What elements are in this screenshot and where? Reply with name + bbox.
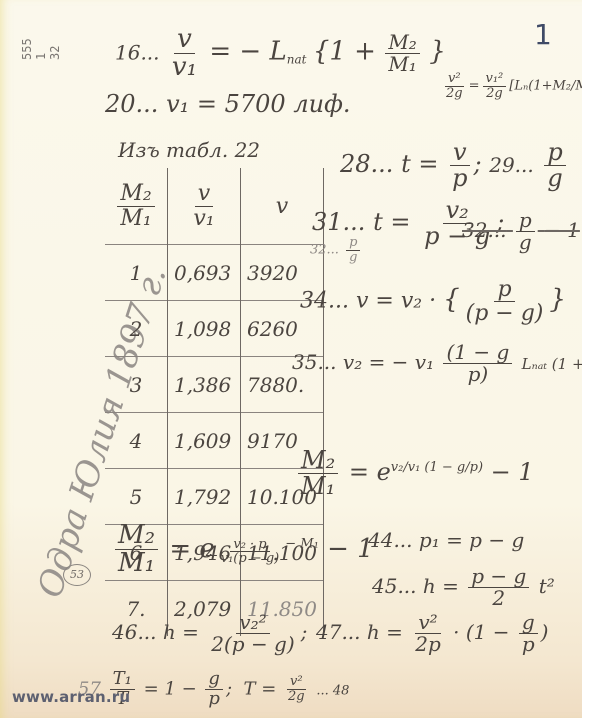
archive-mark: 32: [48, 10, 62, 60]
cell-velocity-ratio: 1,386: [168, 357, 241, 413]
archive-mark: 1: [34, 10, 48, 60]
numerator: M₂: [298, 448, 338, 474]
fraction: vp: [449, 140, 470, 191]
denominator: 2g: [483, 87, 506, 101]
separator: ;: [301, 620, 308, 644]
archive-marks: 555 1 32: [20, 10, 70, 60]
equation-lhs: h =: [367, 620, 403, 644]
equation-35: 35... v₂ = − v₁ (1 − gp) Lₙₐₜ (1 + M₂M₁): [292, 342, 582, 385]
subscript: nat: [287, 52, 307, 66]
equation-45: 45... h = p − g2 t²: [372, 566, 555, 609]
column-header-velocity-ratio: vv₁: [168, 168, 241, 245]
denominator: p: [519, 634, 538, 655]
equation-rhs: = e: [169, 534, 214, 564]
equation-label: 32...: [310, 243, 339, 258]
numerator: p − g: [468, 566, 529, 588]
table-row: 10,6933920: [105, 245, 323, 301]
denominator: M₁: [115, 550, 158, 577]
equation-tail: Lₙₐₜ (1 +: [522, 355, 582, 373]
equation-32: 32... pg − 1: [462, 210, 580, 253]
equation-lhs: v₂ = − v₁: [343, 350, 434, 374]
equation-tail: t²: [539, 574, 555, 598]
fraction: v₂²2(p − g): [208, 612, 297, 655]
denominator: g: [346, 251, 360, 265]
fraction: M₂M₁: [385, 32, 420, 75]
separator: ;: [226, 678, 232, 699]
numerator: v₂²: [236, 612, 269, 634]
equation-label: 16...: [115, 40, 160, 64]
cell-mass-ratio: 5: [105, 469, 168, 525]
equation-rhs: = e: [349, 458, 391, 486]
equation-label: 35...: [292, 350, 337, 374]
bracket-open: {1 +: [313, 36, 376, 66]
equation-lhs: h =: [423, 574, 459, 598]
equation-label: 45...: [372, 574, 417, 598]
cell-mass-ratio: 3: [105, 357, 168, 413]
archive-mark: 555: [20, 10, 34, 60]
table-row: 21,0986260: [105, 301, 323, 357]
denominator: 2g: [443, 87, 466, 101]
equation-20: 20... v₁ = 5700 лиф.: [105, 90, 350, 118]
fraction: v₁²2g: [483, 72, 507, 100]
fraction: pg: [346, 236, 360, 264]
table-caption: Изъ табл. 22: [118, 138, 260, 162]
equation-text: p₁ = p − g: [419, 528, 524, 552]
denominator: 2p: [412, 634, 444, 655]
numerator: v₁²: [483, 72, 507, 87]
equation-lhs: v = v₂ ·: [356, 289, 436, 314]
table-header-row: M₂M₁ vv₁ v: [105, 168, 323, 245]
equation-label: 44...: [368, 528, 413, 552]
denominator: (p − g): [463, 302, 547, 325]
numerator: (1 − g: [443, 342, 512, 364]
numerator: v₂ · p: [230, 538, 269, 553]
equation-16: 16... vv₁ = − Lnat {1 + M₂M₁ }: [115, 26, 446, 82]
denominator: p): [465, 364, 492, 385]
exponent: v₂/v₁ (1 − g/p): [391, 460, 483, 475]
equation-46: 46... h = v₂²2(p − g);: [112, 612, 307, 655]
equation-34: 34... v = v₂ · {p(p − g)}: [300, 278, 566, 325]
denominator: 2g: [285, 690, 308, 704]
fraction: pg: [516, 210, 535, 253]
numerator: p: [544, 140, 565, 166]
fraction: p(p − g): [463, 278, 547, 325]
exponent-tail: − M₁: [285, 537, 319, 552]
numerator: v: [174, 26, 195, 54]
fraction: M₂M₁: [298, 448, 338, 499]
cell-mass-ratio: 2: [105, 301, 168, 357]
equation-rhs: = − L: [209, 36, 286, 66]
equation-lhs: t =: [373, 208, 410, 236]
equation-lhs: h =: [163, 620, 199, 644]
equation-label: 20...: [105, 90, 158, 118]
equation-rhs: [Lₙ(1+M₂/M₁)]²: [509, 79, 582, 94]
cell-velocity-ratio: 1,792: [168, 469, 241, 525]
numerator: g: [205, 670, 223, 690]
denominator: v₁: [169, 54, 200, 81]
equation-lhs: T =: [243, 678, 276, 699]
numerator: v²: [415, 612, 440, 634]
denominator: v₁(p − g): [218, 552, 283, 566]
fraction: vv₁: [169, 26, 200, 82]
fraction: v²2p: [412, 612, 444, 655]
equals: =: [469, 79, 480, 94]
watermark: www.arran.ru: [12, 688, 130, 706]
column-header-mass-ratio: M₂M₁: [105, 168, 168, 245]
numerator: p: [494, 278, 514, 302]
equation-energy: v²2g=v₁²2g[Lₙ(1+M₂/M₁)]²: [440, 72, 582, 100]
denominator: M₁: [385, 54, 420, 75]
table-row: 51,79210.100: [105, 469, 323, 525]
manuscript-page: 1 555 1 32 Одра Юлия 1897 г. 16... vv₁ =…: [0, 0, 582, 718]
cell-mass-ratio: 1: [105, 245, 168, 301]
equation-tail: · (1 −: [453, 620, 509, 644]
equation-32-small: 32... pg: [310, 236, 363, 264]
equation-47: 47... h = v²2p · (1 − gp): [316, 612, 548, 655]
equation-lhs: t =: [401, 150, 438, 178]
equation-tail: − 1: [491, 458, 534, 486]
denominator: g: [544, 166, 565, 191]
numerator: T₁: [110, 670, 135, 690]
fraction: pg: [544, 140, 565, 191]
fraction: v²2g: [285, 675, 308, 703]
fraction: gp: [205, 670, 223, 709]
equation-28: 28... t = vp; 29... pg: [340, 140, 569, 191]
denominator: p: [205, 690, 223, 709]
table-row: 31,3867880.: [105, 357, 323, 413]
fraction: M₂M₁: [115, 522, 158, 578]
numerator: p: [346, 236, 360, 251]
numerator: v: [450, 140, 470, 166]
cell-velocity-ratio: 1,609: [168, 413, 241, 469]
equation-tail: − 1: [327, 534, 374, 564]
equation-label: 32...: [462, 218, 507, 242]
equation-44: 44... p₁ = p − g: [368, 528, 524, 552]
equation-label: 31...: [312, 208, 365, 236]
cell-mass-ratio: 4: [105, 413, 168, 469]
equals: = 1 −: [144, 678, 197, 699]
equation-mass-ratio: M₂M₁ = ev₂/v₁ (1 − g/p) − 1: [295, 448, 534, 499]
fraction: gp: [519, 612, 538, 655]
equation-label: 46...: [112, 620, 157, 644]
numerator: M₂: [115, 522, 158, 550]
numerator: v²: [445, 72, 464, 87]
fraction: (1 − gp): [443, 342, 512, 385]
denominator: v₁: [190, 207, 217, 230]
circled-label: 53: [63, 564, 91, 586]
cell-velocity-ratio: 0,693: [168, 245, 241, 301]
numerator: M₂: [117, 182, 154, 206]
denominator: p: [449, 166, 470, 191]
bracket-close: }: [429, 36, 446, 66]
page-number: 1: [534, 18, 552, 51]
table-row: 41,6099170: [105, 413, 323, 469]
numerator: M₂: [385, 32, 420, 54]
denominator: 2(p − g): [208, 634, 297, 655]
equation-label: 29...: [489, 153, 534, 177]
numerator: p: [516, 210, 535, 232]
fraction: p − g2: [468, 566, 529, 609]
cell-velocity-ratio: 1,098: [168, 301, 241, 357]
separator: ;: [473, 150, 481, 178]
bracket-close: ): [541, 620, 549, 644]
equation-text: v₁ = 5700 лиф.: [166, 90, 350, 118]
equation-label: 28...: [340, 150, 393, 178]
denominator: M₁: [117, 207, 154, 230]
numerator: v: [195, 182, 213, 206]
equation-label: 34...: [300, 289, 349, 314]
fraction: v²2g: [443, 72, 466, 100]
denominator: 2: [489, 588, 508, 609]
equation-53: M₂M₁ = ev₂ · pv₁(p − g)− M₁ − 1: [112, 522, 374, 578]
denominator: M₁: [298, 474, 338, 499]
equation-tail: − 1: [544, 218, 580, 242]
equation-label: 47...: [316, 620, 361, 644]
numerator: v²: [287, 675, 306, 690]
exponent-fraction: v₂ · pv₁(p − g): [218, 538, 283, 566]
denominator: g: [516, 232, 535, 253]
equation-tail: ... 48: [316, 683, 349, 698]
numerator: g: [519, 612, 538, 634]
